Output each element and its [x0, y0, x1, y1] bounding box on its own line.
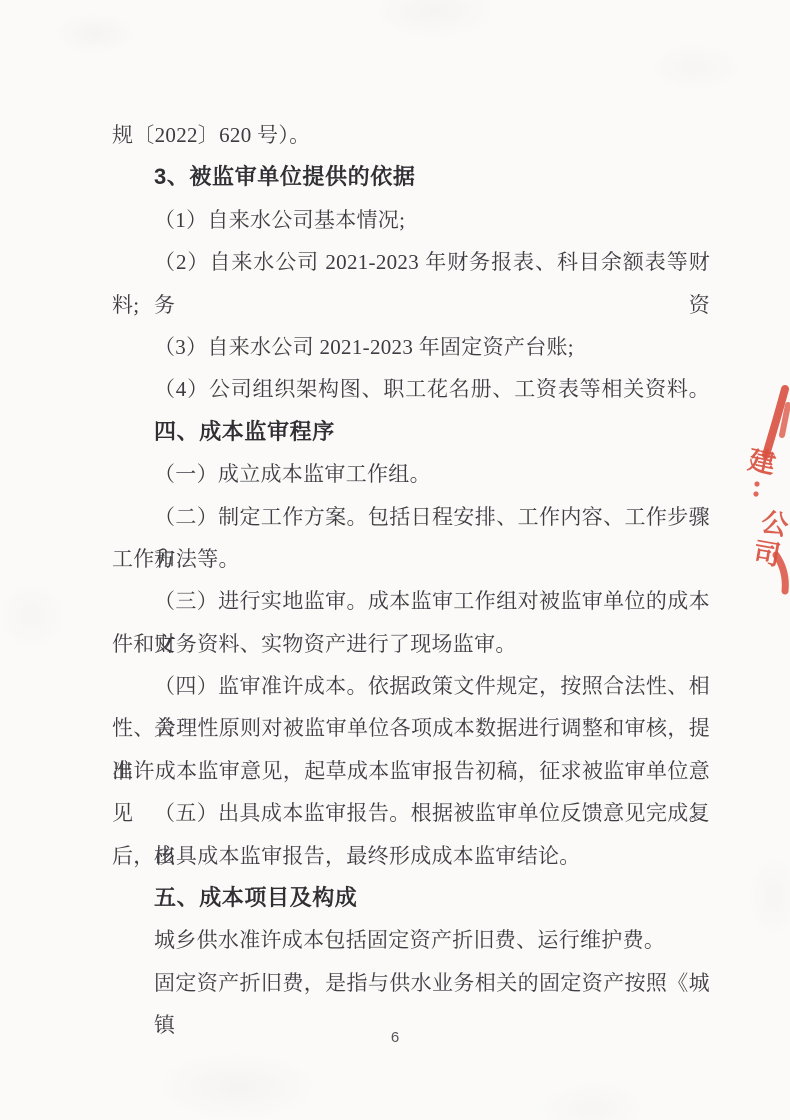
red-seal-stamp: 建 公 司 [742, 383, 790, 595]
section-heading: 五、成本项目及构成 [112, 877, 710, 919]
text-line: 后，出具成本监审报告，最终形成成本监审结论。 [112, 835, 710, 877]
text-line: 件和财务资料、实物资产进行了现场监审。 [112, 623, 710, 665]
seal-char-si: 司 [751, 537, 783, 571]
text-line: （4）公司组织架构图、职工花名册、工资表等相关资料。 [112, 368, 710, 410]
text-line: 工作方法等。 [112, 538, 710, 580]
text-line: 准许成本监审意见，起草成本监审报告初稿，征求被监审单位意见。 [112, 750, 710, 792]
text-line: 性、合理性原则对被监审单位各项成本数据进行调整和审核，提出 [112, 707, 710, 749]
seal-char-jian: 建 [745, 444, 778, 479]
text-line: （3）自来水公司 2021-2023 年固定资产台账; [112, 326, 710, 368]
section-heading: 四、成本监审程序 [112, 411, 710, 453]
text-line: （1）自来水公司基本情况; [112, 199, 710, 241]
document-page: 规〔2022〕620 号）。 3、被监审单位提供的依据 （1）自来水公司基本情况… [0, 0, 790, 1120]
text-line: （2）自来水公司 2021-2023 年财务报表、科目余额表等财务资 [112, 241, 710, 283]
text-line: （三）进行实地监审。成本监审工作组对被监审单位的成本文 [112, 580, 710, 622]
text-line: 城乡供水准许成本包括固定资产折旧费、运行维护费。 [112, 919, 710, 961]
section-heading: 3、被监审单位提供的依据 [112, 156, 710, 198]
page-number: 6 [0, 1028, 790, 1048]
text-line: （四）监审准许成本。依据政策文件规定，按照合法性、相关 [112, 665, 710, 707]
text-line: （二）制定工作方案。包括日程安排、工作内容、工作步骤和 [112, 496, 710, 538]
seal-dot [753, 491, 758, 496]
text-line: 固定资产折旧费，是指与供水业务相关的固定资产按照《城镇 [112, 962, 710, 1004]
seal-char-gong: 公 [758, 506, 790, 541]
text-line: （五）出具成本监审报告。根据被监审单位反馈意见完成复核 [112, 792, 710, 834]
text-line: （一）成立成本监审工作组。 [112, 453, 710, 495]
text-line: 规〔2022〕620 号）。 [112, 114, 710, 156]
document-body: 规〔2022〕620 号）。 3、被监审单位提供的依据 （1）自来水公司基本情况… [112, 114, 710, 1004]
red-seal-graphic: 建 公 司 [742, 383, 790, 595]
seal-dot [754, 481, 759, 486]
